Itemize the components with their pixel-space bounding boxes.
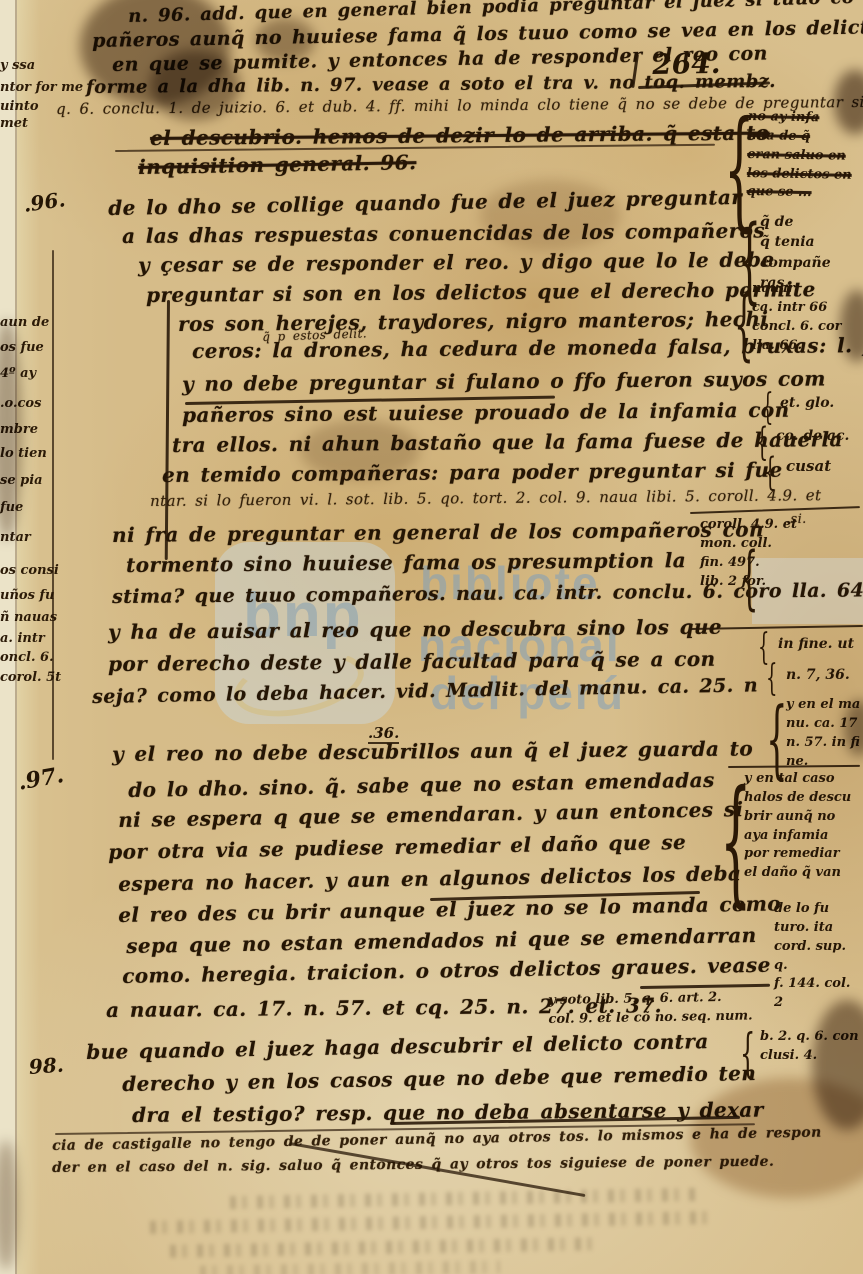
- bleedthrough-row: [150, 1211, 710, 1234]
- margin-number-97: .97.: [16, 762, 66, 796]
- right-margin-note: co. de ac.: [776, 426, 849, 446]
- ink-vertical-rule: [165, 300, 170, 560]
- curly-brace-glyph: {: [740, 1028, 755, 1081]
- left-margin-fragment: uinto: [0, 99, 39, 114]
- stain: [150, 50, 240, 120]
- manuscript-line: seja? como lo deba hacer. vid. Madlit. d…: [92, 674, 758, 708]
- stain: [690, 1078, 863, 1198]
- right-margin-note: no ay infa mia de q̃ eran saluo en los d…: [746, 108, 852, 204]
- ink-vertical-rule: [52, 250, 54, 760]
- bleedthrough-row: [230, 1188, 700, 1209]
- right-margin-note: nauar ca. intr 66 concl. 6. cor lla. 66.: [752, 280, 841, 355]
- manuscript-line: por otra via se pudiese remediar el daño…: [108, 830, 686, 864]
- manuscript-line: preguntar si son en los delictos que el …: [146, 277, 816, 307]
- margin-number-98: 98.: [28, 1053, 64, 1079]
- left-margin-fragment: met: [0, 116, 28, 131]
- manuscript-line-struck: inquisition general. 96.: [138, 150, 417, 179]
- manuscript-line: ni se espera q que se emendaran. y aun e…: [118, 797, 744, 832]
- right-margin-note: et. glo.: [780, 393, 834, 413]
- manuscript-line: pañeros sino est uuiese prouado de la in…: [182, 398, 790, 427]
- left-margin-fragment: os consi: [0, 563, 59, 578]
- manuscript-page: bnp bibliote nacional del perú 264. n. 9…: [0, 0, 863, 1274]
- left-margin-fragment: y ssa: [0, 58, 35, 73]
- manuscript-line: dra el testigo? resp. que no deba absent…: [132, 1097, 764, 1127]
- manuscript-line: de lo dho se collige quando fue de el ju…: [108, 185, 742, 220]
- left-margin-fragment: ntor for me: [0, 80, 83, 95]
- right-margin-note: de lo fu turo. ita cord. sup. q. f. 144.…: [774, 900, 863, 1013]
- manuscript-line: sepa que no estan emendados ni que se em…: [126, 923, 757, 958]
- manuscript-line: a las dhas respuestas conuencidas de los…: [122, 218, 765, 248]
- curly-brace-glyph: {: [764, 452, 776, 490]
- manuscript-line: y ha de auisar al reo que no descubra si…: [108, 615, 722, 644]
- manuscript-line: ni fra de preguntar en general de los co…: [112, 517, 764, 547]
- right-margin-note: n. 7, 36.: [786, 665, 850, 685]
- manuscript-line: y el reo no debe descubrillos aun q̃ el …: [112, 736, 753, 766]
- right-margin-note: y en tal caso halos de descu brir aunq̃ …: [744, 770, 851, 883]
- right-margin-note: in fine. ut: [778, 634, 854, 654]
- manuscript-line: como. heregia. traicion. o otros delicto…: [122, 953, 771, 988]
- bleedthrough-row: [200, 1260, 500, 1274]
- right-margin-note: coroll. 4.9. et mon. coll. fin. 497. lib…: [700, 516, 797, 591]
- manuscript-line: espera no hacer. y aun en algunos delict…: [118, 861, 741, 896]
- stain: [480, 180, 620, 250]
- margin-number-96: .96.: [22, 187, 67, 217]
- manuscript-line: tra ellos. ni ahun bastaño que la fama f…: [172, 427, 843, 457]
- manuscript-line: do lo dho. sino. q̃. sabe que no estan e…: [128, 768, 715, 802]
- manuscript-line: tormento sino huuiese fama os presumptio…: [126, 548, 686, 577]
- manuscript-line: el reo des cu brir aunque el juez no se …: [118, 891, 781, 927]
- manuscript-line: en temido compañeras: para poder pregunt…: [162, 458, 783, 487]
- manuscript-line: derecho y en los casos que no debe que r…: [122, 1061, 756, 1096]
- curly-brace-glyph: {: [734, 286, 754, 364]
- stain: [255, 18, 315, 62]
- right-margin-note: cusat: [786, 456, 831, 478]
- left-margin-fragment: uños fu: [0, 588, 54, 603]
- left-margin-fragment: a. intr: [0, 631, 45, 646]
- right-margin-note: y soto lib. 5. q. 6. art. 2. col. 9. et …: [548, 988, 753, 1029]
- manuscript-line: y çesar se de responder el reo. y digo q…: [138, 247, 775, 277]
- manuscript-line: y no debe preguntar si fulano o ffo fuer…: [182, 366, 826, 396]
- bleedthrough-row: [170, 1237, 600, 1258]
- manuscript-citation-line: ntar. si lo fueron vi. l. sot. lib. 5. q…: [150, 486, 822, 510]
- left-margin-fragment: ñ nauas: [0, 610, 57, 625]
- ink-rule: [690, 506, 860, 514]
- stain: [300, 420, 420, 480]
- manuscript-line: bue quando el juez haga descubrir el del…: [86, 1029, 709, 1064]
- left-margin-fragment: oncl. 6.: [0, 650, 54, 665]
